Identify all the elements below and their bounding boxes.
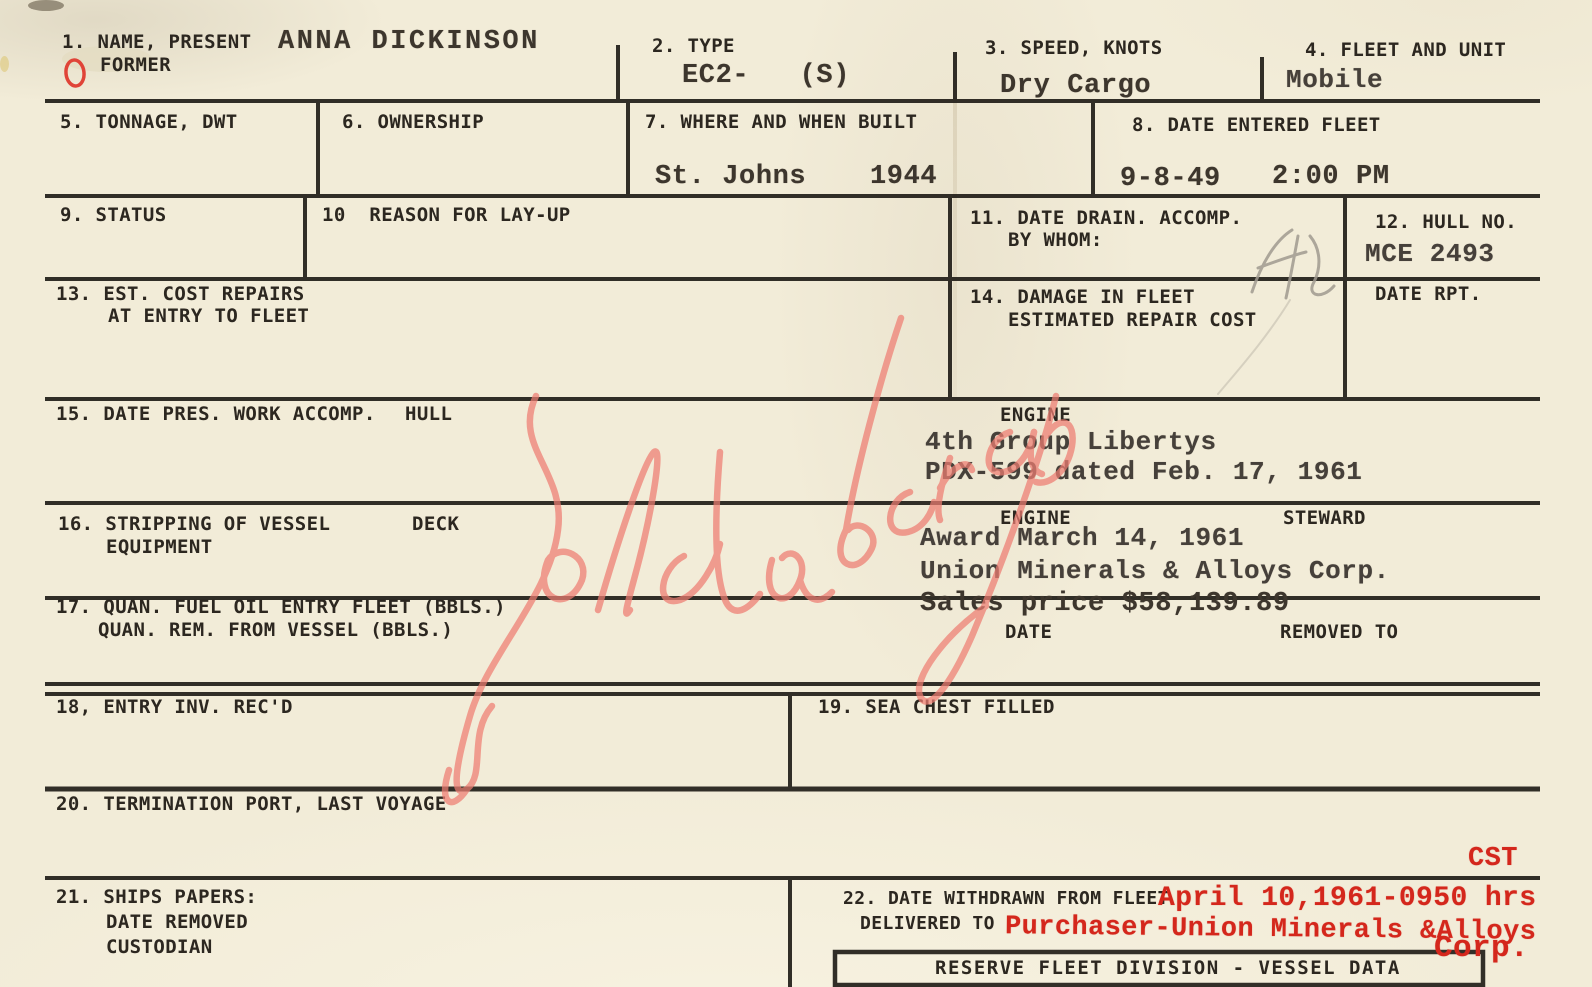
handwritten-sold-scrap-note xyxy=(445,318,1073,802)
vessel-data-card: 1. NAME, PRESENT FORMER 2. TYPE 3. SPEED… xyxy=(0,0,1592,987)
red-circle-o-mark xyxy=(65,59,86,87)
handwriting-layer xyxy=(0,0,1592,987)
pencil-4th-scribble xyxy=(1218,230,1334,394)
